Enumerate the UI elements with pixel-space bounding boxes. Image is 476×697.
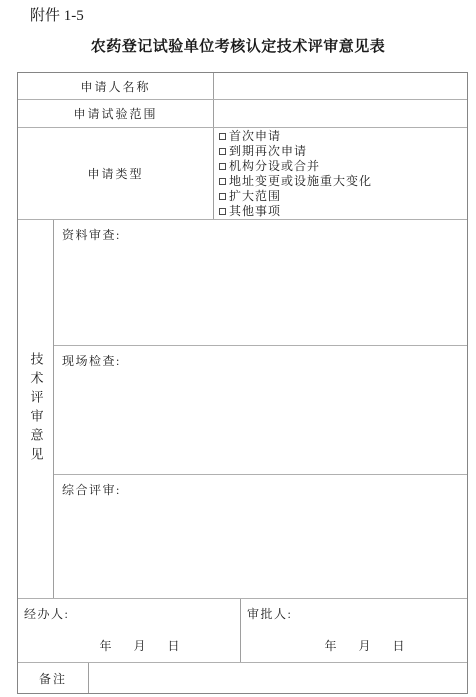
handler-label: 经办人: [24,605,234,622]
option-scope-expansion[interactable]: 扩大范围 [219,190,467,202]
option-label: 地址变更或设施重大变化 [229,175,372,187]
option-first-application[interactable]: 首次申请 [219,130,467,142]
document-review-area[interactable]: 资料审查: [54,220,467,346]
test-scope-label: 申请试验范围 [18,100,214,127]
option-split-or-merger[interactable]: 机构分设或合并 [219,160,467,172]
remarks-row: 备注 [18,663,467,693]
checkbox-icon[interactable] [219,133,226,140]
remarks-label: 备注 [18,663,89,693]
application-type-options: 首次申请 到期再次申请 机构分设或合并 地址变更或设施重大变化 扩大范围 [214,128,467,219]
checkbox-icon[interactable] [219,148,226,155]
review-form-table: 申请人名称 申请试验范围 申请类型 首次申请 到期再次申请 [17,72,468,694]
remarks-value-cell[interactable] [89,663,467,693]
application-type-label: 申请类型 [18,128,214,219]
option-label: 其他事项 [229,205,281,217]
checkbox-icon[interactable] [219,208,226,215]
site-inspection-label: 现场检查: [62,354,121,368]
option-label: 首次申请 [229,130,281,142]
technical-review-vertical-label: 技术评审意见 [18,352,54,466]
applicant-name-value-cell[interactable] [214,73,467,99]
signoff-row: 经办人: 年 月 日 审批人: 年 月 日 [18,599,467,663]
handler-date-line: 年 月 日 [18,637,240,654]
comprehensive-review-area[interactable]: 综合评审: [54,475,467,598]
document-review-label: 资料审查: [62,228,121,242]
approver-label: 审批人: [247,605,461,622]
option-other-matters[interactable]: 其他事项 [219,205,467,217]
approver-date-line: 年 月 日 [241,637,467,654]
option-label: 扩大范围 [229,190,281,202]
applicant-name-row: 申请人名称 [18,73,467,100]
option-label: 机构分设或合并 [229,160,320,172]
test-scope-row: 申请试验范围 [18,100,467,128]
option-renewal-application[interactable]: 到期再次申请 [219,145,467,157]
document-page: 附件 1-5 农药登记试验单位考核认定技术评审意见表 申请人名称 申请试验范围 … [0,7,476,694]
handler-cell[interactable]: 经办人: 年 月 日 [18,599,241,662]
approver-cell[interactable]: 审批人: 年 月 日 [241,599,467,662]
comprehensive-review-label: 综合评审: [62,483,121,497]
attachment-label: 附件 1-5 [30,7,476,25]
technical-review-section: 技术评审意见 资料审查: 现场检查: 综合评审: [18,220,467,599]
application-type-row: 申请类型 首次申请 到期再次申请 机构分设或合并 地址变更或设施重大变化 [18,128,467,220]
technical-review-vertical-column: 技术评审意见 [18,220,54,598]
test-scope-value-cell[interactable] [214,100,467,127]
page-title: 农药登记试验单位考核认定技术评审意见表 [0,38,476,56]
checkbox-icon[interactable] [219,178,226,185]
option-address-or-facility-change[interactable]: 地址变更或设施重大变化 [219,175,467,187]
applicant-name-label: 申请人名称 [18,73,214,99]
checkbox-icon[interactable] [219,193,226,200]
checkbox-icon[interactable] [219,163,226,170]
technical-review-content: 资料审查: 现场检查: 综合评审: [54,220,467,598]
option-label: 到期再次申请 [229,145,307,157]
site-inspection-area[interactable]: 现场检查: [54,346,467,475]
